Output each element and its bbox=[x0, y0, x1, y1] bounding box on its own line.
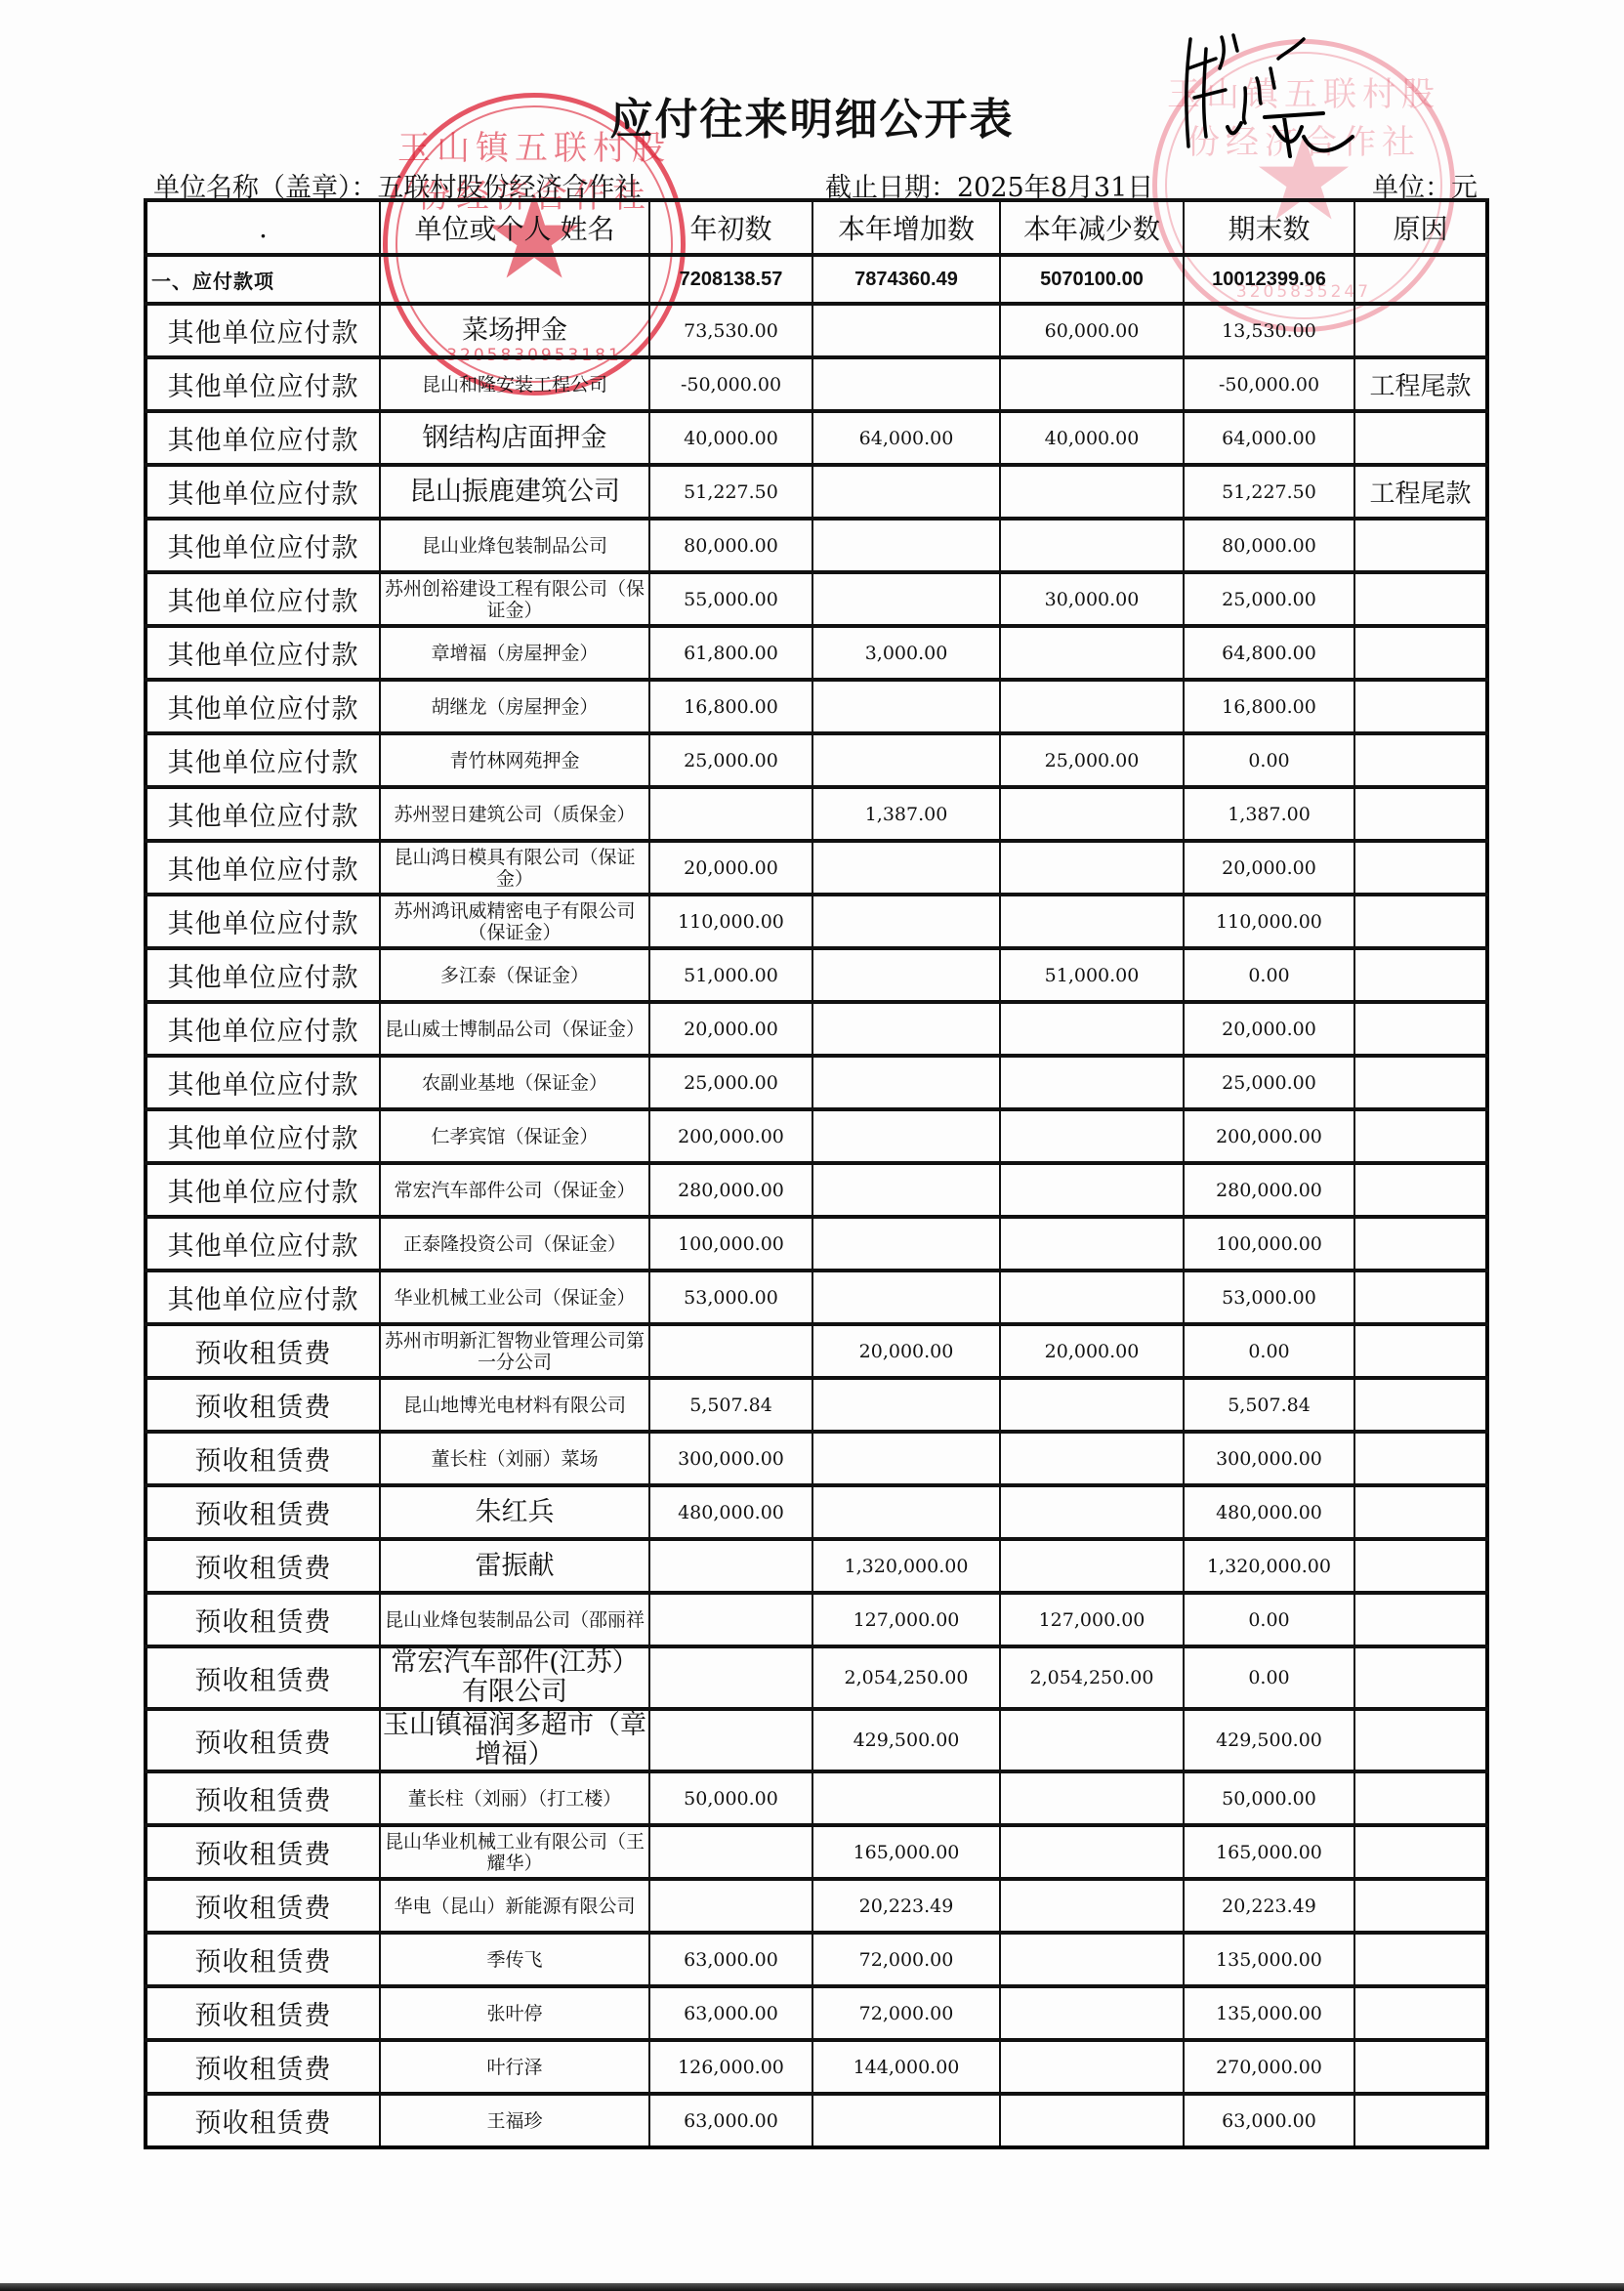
summary-opening: 7208138.57 bbox=[649, 255, 812, 304]
row-category: 其他单位应付款 bbox=[146, 626, 380, 680]
row-decrease bbox=[1000, 1378, 1184, 1432]
row-name: 多江泰（保证金） bbox=[380, 948, 649, 1002]
row-decrease bbox=[1000, 1109, 1184, 1163]
header-closing: 期末数 bbox=[1184, 200, 1354, 255]
table-row: 其他单位应付款昆山振鹿建筑公司51,227.5051,227.50工程尾款 bbox=[146, 465, 1487, 519]
row-category: 预收租赁费 bbox=[146, 1709, 380, 1771]
row-decrease bbox=[1000, 1771, 1184, 1825]
row-name: 昆山业烽包装制品公司 bbox=[380, 519, 649, 572]
row-opening bbox=[649, 1825, 812, 1879]
row-category: 预收租赁费 bbox=[146, 1825, 380, 1879]
row-category: 其他单位应付款 bbox=[146, 841, 380, 895]
row-decrease bbox=[1000, 680, 1184, 733]
row-closing: 51,227.50 bbox=[1184, 465, 1354, 519]
row-reason bbox=[1354, 1485, 1487, 1539]
row-increase bbox=[812, 1485, 1000, 1539]
row-category: 其他单位应付款 bbox=[146, 1270, 380, 1324]
row-decrease bbox=[1000, 1879, 1184, 1933]
row-category: 预收租赁费 bbox=[146, 1324, 380, 1378]
table-row: 预收租赁费王福珍63,000.0063,000.00 bbox=[146, 2094, 1487, 2147]
row-category: 其他单位应付款 bbox=[146, 733, 380, 787]
row-name: 苏州创裕建设工程有限公司（保证金） bbox=[380, 572, 649, 626]
row-closing: 20,223.49 bbox=[1184, 1879, 1354, 1933]
row-reason bbox=[1354, 1163, 1487, 1217]
row-decrease: 51,000.00 bbox=[1000, 948, 1184, 1002]
row-opening: -50,000.00 bbox=[649, 357, 812, 411]
row-name: 昆山鸿日模具有限公司（保证金） bbox=[380, 841, 649, 895]
row-category: 其他单位应付款 bbox=[146, 1163, 380, 1217]
table-row: 其他单位应付款昆山和隆安装工程公司-50,000.00-50,000.00工程尾… bbox=[146, 357, 1487, 411]
row-opening: 200,000.00 bbox=[649, 1109, 812, 1163]
row-increase bbox=[812, 519, 1000, 572]
row-closing: 64,000.00 bbox=[1184, 411, 1354, 465]
row-decrease bbox=[1000, 1056, 1184, 1109]
row-category: 其他单位应付款 bbox=[146, 787, 380, 841]
row-opening: 126,000.00 bbox=[649, 2040, 812, 2094]
row-decrease bbox=[1000, 519, 1184, 572]
row-category: 其他单位应付款 bbox=[146, 572, 380, 626]
row-decrease bbox=[1000, 1432, 1184, 1485]
row-increase bbox=[812, 1163, 1000, 1217]
row-reason bbox=[1354, 1432, 1487, 1485]
row-decrease: 40,000.00 bbox=[1000, 411, 1184, 465]
row-opening bbox=[649, 1879, 812, 1933]
row-opening: 80,000.00 bbox=[649, 519, 812, 572]
row-category: 其他单位应付款 bbox=[146, 895, 380, 948]
row-category: 预收租赁费 bbox=[146, 1646, 380, 1709]
row-reason bbox=[1354, 1709, 1487, 1771]
row-name: 王福珍 bbox=[380, 2094, 649, 2147]
row-name: 苏州鸿讯威精密电子有限公司（保证金） bbox=[380, 895, 649, 948]
row-closing: 135,000.00 bbox=[1184, 1933, 1354, 1986]
row-increase: 127,000.00 bbox=[812, 1593, 1000, 1646]
row-decrease: 127,000.00 bbox=[1000, 1593, 1184, 1646]
summary-name bbox=[380, 255, 649, 304]
row-reason bbox=[1354, 1378, 1487, 1432]
row-decrease bbox=[1000, 626, 1184, 680]
row-reason bbox=[1354, 1879, 1487, 1933]
row-reason bbox=[1354, 895, 1487, 948]
table-row: 其他单位应付款苏州鸿讯威精密电子有限公司（保证金）110,000.00110,0… bbox=[146, 895, 1487, 948]
row-name: 雷振献 bbox=[380, 1539, 649, 1593]
row-name: 苏州市明新汇智物业管理公司第一分公司 bbox=[380, 1324, 649, 1378]
table-row: 预收租赁费朱红兵480,000.00480,000.00 bbox=[146, 1485, 1487, 1539]
row-decrease: 20,000.00 bbox=[1000, 1324, 1184, 1378]
table-row: 预收租赁费雷振献1,320,000.001,320,000.00 bbox=[146, 1539, 1487, 1593]
table-row: 其他单位应付款昆山威士博制品公司（保证金）20,000.0020,000.00 bbox=[146, 1002, 1487, 1056]
row-opening: 300,000.00 bbox=[649, 1432, 812, 1485]
row-decrease: 2,054,250.00 bbox=[1000, 1646, 1184, 1709]
row-closing: 0.00 bbox=[1184, 1324, 1354, 1378]
row-category: 其他单位应付款 bbox=[146, 465, 380, 519]
row-reason bbox=[1354, 1646, 1487, 1709]
table-row: 其他单位应付款菜场押金73,530.0060,000.0013,530.00 bbox=[146, 304, 1487, 357]
row-increase: 1,320,000.00 bbox=[812, 1539, 1000, 1593]
row-closing: 13,530.00 bbox=[1184, 304, 1354, 357]
row-closing: 135,000.00 bbox=[1184, 1986, 1354, 2040]
row-name: 农副业基地（保证金） bbox=[380, 1056, 649, 1109]
row-increase: 1,387.00 bbox=[812, 787, 1000, 841]
row-category: 预收租赁费 bbox=[146, 1432, 380, 1485]
row-name: 华业机械工业公司（保证金） bbox=[380, 1270, 649, 1324]
table-row: 预收租赁费昆山地博光电材料有限公司5,507.845,507.84 bbox=[146, 1378, 1487, 1432]
row-name: 叶行泽 bbox=[380, 2040, 649, 2094]
table-row: 其他单位应付款胡继龙（房屋押金）16,800.0016,800.00 bbox=[146, 680, 1487, 733]
row-increase bbox=[812, 1002, 1000, 1056]
row-opening bbox=[649, 1539, 812, 1593]
row-name: 董长柱（刘丽）菜场 bbox=[380, 1432, 649, 1485]
row-increase bbox=[812, 357, 1000, 411]
row-reason bbox=[1354, 1986, 1487, 2040]
header-name: 单位或个人 姓名 bbox=[380, 200, 649, 255]
row-increase: 64,000.00 bbox=[812, 411, 1000, 465]
row-decrease bbox=[1000, 787, 1184, 841]
row-decrease bbox=[1000, 1986, 1184, 2040]
row-decrease bbox=[1000, 1933, 1184, 1986]
row-decrease bbox=[1000, 1709, 1184, 1771]
table-row: 其他单位应付款苏州翌日建筑公司（质保金）1,387.001,387.00 bbox=[146, 787, 1487, 841]
row-closing: 165,000.00 bbox=[1184, 1825, 1354, 1879]
row-closing: 1,387.00 bbox=[1184, 787, 1354, 841]
summary-row: 一、应付款项 7208138.57 7874360.49 5070100.00 … bbox=[146, 255, 1487, 304]
row-opening: 50,000.00 bbox=[649, 1771, 812, 1825]
row-reason bbox=[1354, 1270, 1487, 1324]
row-reason: 工程尾款 bbox=[1354, 357, 1487, 411]
row-closing: 200,000.00 bbox=[1184, 1109, 1354, 1163]
row-increase bbox=[812, 895, 1000, 948]
row-opening: 51,227.50 bbox=[649, 465, 812, 519]
row-increase: 165,000.00 bbox=[812, 1825, 1000, 1879]
row-increase bbox=[812, 841, 1000, 895]
row-closing: -50,000.00 bbox=[1184, 357, 1354, 411]
table-row: 预收租赁费昆山业烽包装制品公司（邵丽祥127,000.00127,000.000… bbox=[146, 1593, 1487, 1646]
row-closing: 53,000.00 bbox=[1184, 1270, 1354, 1324]
row-increase bbox=[812, 948, 1000, 1002]
row-category: 其他单位应付款 bbox=[146, 1056, 380, 1109]
row-reason bbox=[1354, 1539, 1487, 1593]
row-opening: 110,000.00 bbox=[649, 895, 812, 948]
row-reason bbox=[1354, 1825, 1487, 1879]
row-reason bbox=[1354, 1217, 1487, 1270]
row-name: 朱红兵 bbox=[380, 1485, 649, 1539]
row-closing: 20,000.00 bbox=[1184, 841, 1354, 895]
header-opening: 年初数 bbox=[649, 200, 812, 255]
table-row: 预收租赁费华电（昆山）新能源有限公司20,223.4920,223.49 bbox=[146, 1879, 1487, 1933]
row-category: 预收租赁费 bbox=[146, 1593, 380, 1646]
row-reason bbox=[1354, 680, 1487, 733]
row-closing: 16,800.00 bbox=[1184, 680, 1354, 733]
row-closing: 63,000.00 bbox=[1184, 2094, 1354, 2147]
row-increase bbox=[812, 733, 1000, 787]
row-closing: 270,000.00 bbox=[1184, 2040, 1354, 2094]
row-reason bbox=[1354, 1109, 1487, 1163]
row-name: 昆山华业机械工业有限公司（王耀华） bbox=[380, 1825, 649, 1879]
row-increase bbox=[812, 1378, 1000, 1432]
row-category: 预收租赁费 bbox=[146, 1771, 380, 1825]
row-opening: 63,000.00 bbox=[649, 2094, 812, 2147]
row-name: 玉山镇福润多超市（章增福） bbox=[380, 1709, 649, 1771]
row-closing: 300,000.00 bbox=[1184, 1432, 1354, 1485]
table-row: 预收租赁费董长柱（刘丽）（打工楼）50,000.0050,000.00 bbox=[146, 1771, 1487, 1825]
row-increase: 20,000.00 bbox=[812, 1324, 1000, 1378]
row-opening: 55,000.00 bbox=[649, 572, 812, 626]
row-closing: 0.00 bbox=[1184, 948, 1354, 1002]
table-row: 预收租赁费昆山华业机械工业有限公司（王耀华）165,000.00165,000.… bbox=[146, 1825, 1487, 1879]
row-name: 钢结构店面押金 bbox=[380, 411, 649, 465]
row-opening: 20,000.00 bbox=[649, 841, 812, 895]
row-increase: 72,000.00 bbox=[812, 1986, 1000, 2040]
row-closing: 110,000.00 bbox=[1184, 895, 1354, 948]
row-increase bbox=[812, 1771, 1000, 1825]
row-reason bbox=[1354, 2040, 1487, 2094]
row-decrease bbox=[1000, 1825, 1184, 1879]
row-decrease bbox=[1000, 1002, 1184, 1056]
row-opening: 51,000.00 bbox=[649, 948, 812, 1002]
row-reason bbox=[1354, 519, 1487, 572]
row-increase bbox=[812, 1432, 1000, 1485]
row-increase: 429,500.00 bbox=[812, 1709, 1000, 1771]
row-category: 其他单位应付款 bbox=[146, 1217, 380, 1270]
row-opening: 100,000.00 bbox=[649, 1217, 812, 1270]
row-closing: 64,800.00 bbox=[1184, 626, 1354, 680]
row-opening bbox=[649, 1646, 812, 1709]
row-name: 季传飞 bbox=[380, 1933, 649, 1986]
row-category: 其他单位应付款 bbox=[146, 1002, 380, 1056]
row-category: 预收租赁费 bbox=[146, 1539, 380, 1593]
row-decrease bbox=[1000, 2040, 1184, 2094]
row-increase: 20,223.49 bbox=[812, 1879, 1000, 1933]
row-reason bbox=[1354, 411, 1487, 465]
table-row: 其他单位应付款昆山业烽包装制品公司80,000.0080,000.00 bbox=[146, 519, 1487, 572]
table-row: 其他单位应付款青竹林网苑押金25,000.0025,000.000.00 bbox=[146, 733, 1487, 787]
table-row: 预收租赁费常宏汽车部件(江苏）有限公司2,054,250.002,054,250… bbox=[146, 1646, 1487, 1709]
row-name: 仁孝宾馆（保证金） bbox=[380, 1109, 649, 1163]
row-category: 其他单位应付款 bbox=[146, 1109, 380, 1163]
row-name: 常宏汽车部件公司（保证金） bbox=[380, 1163, 649, 1217]
summary-category: 一、应付款项 bbox=[146, 255, 380, 304]
row-category: 其他单位应付款 bbox=[146, 357, 380, 411]
row-decrease: 25,000.00 bbox=[1000, 733, 1184, 787]
row-reason bbox=[1354, 1593, 1487, 1646]
header-increase: 本年增加数 bbox=[812, 200, 1000, 255]
row-decrease bbox=[1000, 2094, 1184, 2147]
row-closing: 0.00 bbox=[1184, 1646, 1354, 1709]
table-row: 其他单位应付款昆山鸿日模具有限公司（保证金）20,000.0020,000.00 bbox=[146, 841, 1487, 895]
row-name: 张叶停 bbox=[380, 1986, 649, 2040]
row-closing: 0.00 bbox=[1184, 733, 1354, 787]
row-closing: 80,000.00 bbox=[1184, 519, 1354, 572]
row-category: 其他单位应付款 bbox=[146, 680, 380, 733]
table-row: 其他单位应付款钢结构店面押金40,000.0064,000.0040,000.0… bbox=[146, 411, 1487, 465]
row-reason bbox=[1354, 733, 1487, 787]
row-reason bbox=[1354, 1324, 1487, 1378]
row-name: 昆山业烽包装制品公司（邵丽祥 bbox=[380, 1593, 649, 1646]
row-increase bbox=[812, 572, 1000, 626]
row-decrease: 30,000.00 bbox=[1000, 572, 1184, 626]
row-closing: 50,000.00 bbox=[1184, 1771, 1354, 1825]
row-category: 预收租赁费 bbox=[146, 1485, 380, 1539]
row-reason: 工程尾款 bbox=[1354, 465, 1487, 519]
row-opening: 16,800.00 bbox=[649, 680, 812, 733]
row-decrease bbox=[1000, 465, 1184, 519]
row-closing: 280,000.00 bbox=[1184, 1163, 1354, 1217]
row-increase bbox=[812, 1217, 1000, 1270]
table-row: 其他单位应付款苏州创裕建设工程有限公司（保证金）55,000.0030,000.… bbox=[146, 572, 1487, 626]
row-reason bbox=[1354, 1002, 1487, 1056]
row-name: 青竹林网苑押金 bbox=[380, 733, 649, 787]
row-category: 预收租赁费 bbox=[146, 2040, 380, 2094]
row-opening bbox=[649, 787, 812, 841]
row-reason bbox=[1354, 2094, 1487, 2147]
row-opening: 53,000.00 bbox=[649, 1270, 812, 1324]
row-closing: 1,320,000.00 bbox=[1184, 1539, 1354, 1593]
table-header-row: . 单位或个人 姓名 年初数 本年增加数 本年减少数 期末数 原因 bbox=[146, 200, 1487, 255]
payables-ledger-table: . 单位或个人 姓名 年初数 本年增加数 本年减少数 期末数 原因 一、应付款项… bbox=[144, 198, 1489, 2149]
row-increase bbox=[812, 1056, 1000, 1109]
table-row: 其他单位应付款多江泰（保证金）51,000.0051,000.000.00 bbox=[146, 948, 1487, 1002]
row-category: 其他单位应付款 bbox=[146, 519, 380, 572]
row-name: 苏州翌日建筑公司（质保金） bbox=[380, 787, 649, 841]
row-increase bbox=[812, 680, 1000, 733]
row-name: 章增福（房屋押金） bbox=[380, 626, 649, 680]
row-decrease bbox=[1000, 1163, 1184, 1217]
row-closing: 5,507.84 bbox=[1184, 1378, 1354, 1432]
row-opening: 40,000.00 bbox=[649, 411, 812, 465]
table-row: 其他单位应付款农副业基地（保证金）25,000.0025,000.00 bbox=[146, 1056, 1487, 1109]
row-opening: 73,530.00 bbox=[649, 304, 812, 357]
scan-edge bbox=[0, 2283, 1624, 2291]
row-reason bbox=[1354, 1771, 1487, 1825]
row-opening: 25,000.00 bbox=[649, 733, 812, 787]
row-reason bbox=[1354, 787, 1487, 841]
row-category: 预收租赁费 bbox=[146, 1378, 380, 1432]
row-reason bbox=[1354, 572, 1487, 626]
row-decrease bbox=[1000, 1270, 1184, 1324]
row-closing: 100,000.00 bbox=[1184, 1217, 1354, 1270]
row-decrease bbox=[1000, 1485, 1184, 1539]
row-increase: 72,000.00 bbox=[812, 1933, 1000, 1986]
row-closing: 480,000.00 bbox=[1184, 1485, 1354, 1539]
summary-increase: 7874360.49 bbox=[812, 255, 1000, 304]
row-opening: 5,507.84 bbox=[649, 1378, 812, 1432]
summary-decrease: 5070100.00 bbox=[1000, 255, 1184, 304]
table-row: 预收租赁费玉山镇福润多超市（章增福）429,500.00429,500.00 bbox=[146, 1709, 1487, 1771]
table-row: 其他单位应付款正泰隆投资公司（保证金）100,000.00100,000.00 bbox=[146, 1217, 1487, 1270]
row-increase bbox=[812, 2094, 1000, 2147]
row-name: 菜场押金 bbox=[380, 304, 649, 357]
row-name: 昆山和隆安装工程公司 bbox=[380, 357, 649, 411]
table-row: 预收租赁费董长柱（刘丽）菜场300,000.00300,000.00 bbox=[146, 1432, 1487, 1485]
table-row: 其他单位应付款华业机械工业公司（保证金）53,000.0053,000.00 bbox=[146, 1270, 1487, 1324]
row-reason bbox=[1354, 1056, 1487, 1109]
row-opening: 61,800.00 bbox=[649, 626, 812, 680]
summary-reason bbox=[1354, 255, 1487, 304]
row-category: 预收租赁费 bbox=[146, 1879, 380, 1933]
row-category: 预收租赁费 bbox=[146, 2094, 380, 2147]
table-row: 其他单位应付款仁孝宾馆（保证金）200,000.00200,000.00 bbox=[146, 1109, 1487, 1163]
table-row: 预收租赁费张叶停63,000.0072,000.00135,000.00 bbox=[146, 1986, 1487, 2040]
row-category: 其他单位应付款 bbox=[146, 948, 380, 1002]
row-opening: 25,000.00 bbox=[649, 1056, 812, 1109]
row-reason bbox=[1354, 304, 1487, 357]
row-increase: 144,000.00 bbox=[812, 2040, 1000, 2094]
row-category: 其他单位应付款 bbox=[146, 411, 380, 465]
row-closing: 0.00 bbox=[1184, 1593, 1354, 1646]
row-decrease bbox=[1000, 357, 1184, 411]
row-increase: 3,000.00 bbox=[812, 626, 1000, 680]
row-opening: 63,000.00 bbox=[649, 1986, 812, 2040]
row-name: 昆山振鹿建筑公司 bbox=[380, 465, 649, 519]
row-name: 常宏汽车部件(江苏）有限公司 bbox=[380, 1646, 649, 1709]
row-decrease bbox=[1000, 1217, 1184, 1270]
row-decrease: 60,000.00 bbox=[1000, 304, 1184, 357]
header-decrease: 本年减少数 bbox=[1000, 200, 1184, 255]
header-category: . bbox=[146, 200, 380, 255]
row-reason bbox=[1354, 1933, 1487, 1986]
row-increase bbox=[812, 304, 1000, 357]
row-opening bbox=[649, 1593, 812, 1646]
row-name: 董长柱（刘丽）（打工楼） bbox=[380, 1771, 649, 1825]
row-name: 昆山威士博制品公司（保证金） bbox=[380, 1002, 649, 1056]
row-increase bbox=[812, 1109, 1000, 1163]
row-opening: 63,000.00 bbox=[649, 1933, 812, 1986]
row-closing: 20,000.00 bbox=[1184, 1002, 1354, 1056]
table-row: 其他单位应付款常宏汽车部件公司（保证金）280,000.00280,000.00 bbox=[146, 1163, 1487, 1217]
row-name: 胡继龙（房屋押金） bbox=[380, 680, 649, 733]
row-decrease bbox=[1000, 895, 1184, 948]
row-increase bbox=[812, 1270, 1000, 1324]
row-name: 昆山地博光电材料有限公司 bbox=[380, 1378, 649, 1432]
row-name: 华电（昆山）新能源有限公司 bbox=[380, 1879, 649, 1933]
header-reason: 原因 bbox=[1354, 200, 1487, 255]
row-opening bbox=[649, 1324, 812, 1378]
row-increase bbox=[812, 465, 1000, 519]
row-category: 预收租赁费 bbox=[146, 1986, 380, 2040]
table-row: 其他单位应付款章增福（房屋押金）61,800.003,000.0064,800.… bbox=[146, 626, 1487, 680]
row-category: 其他单位应付款 bbox=[146, 304, 380, 357]
row-opening: 20,000.00 bbox=[649, 1002, 812, 1056]
row-category: 预收租赁费 bbox=[146, 1933, 380, 1986]
table-row: 预收租赁费叶行泽126,000.00144,000.00270,000.00 bbox=[146, 2040, 1487, 2094]
table-row: 预收租赁费季传飞63,000.0072,000.00135,000.00 bbox=[146, 1933, 1487, 1986]
row-decrease bbox=[1000, 841, 1184, 895]
row-increase: 2,054,250.00 bbox=[812, 1646, 1000, 1709]
row-reason bbox=[1354, 841, 1487, 895]
row-opening: 480,000.00 bbox=[649, 1485, 812, 1539]
row-closing: 429,500.00 bbox=[1184, 1709, 1354, 1771]
row-reason bbox=[1354, 948, 1487, 1002]
summary-closing: 10012399.06 bbox=[1184, 255, 1354, 304]
row-opening: 280,000.00 bbox=[649, 1163, 812, 1217]
document-title: 应付往来明细公开表 bbox=[0, 84, 1624, 146]
row-opening bbox=[649, 1709, 812, 1771]
row-reason bbox=[1354, 626, 1487, 680]
row-closing: 25,000.00 bbox=[1184, 1056, 1354, 1109]
table-row: 预收租赁费苏州市明新汇智物业管理公司第一分公司20,000.0020,000.0… bbox=[146, 1324, 1487, 1378]
row-decrease bbox=[1000, 1539, 1184, 1593]
row-name: 正泰隆投资公司（保证金） bbox=[380, 1217, 649, 1270]
row-closing: 25,000.00 bbox=[1184, 572, 1354, 626]
